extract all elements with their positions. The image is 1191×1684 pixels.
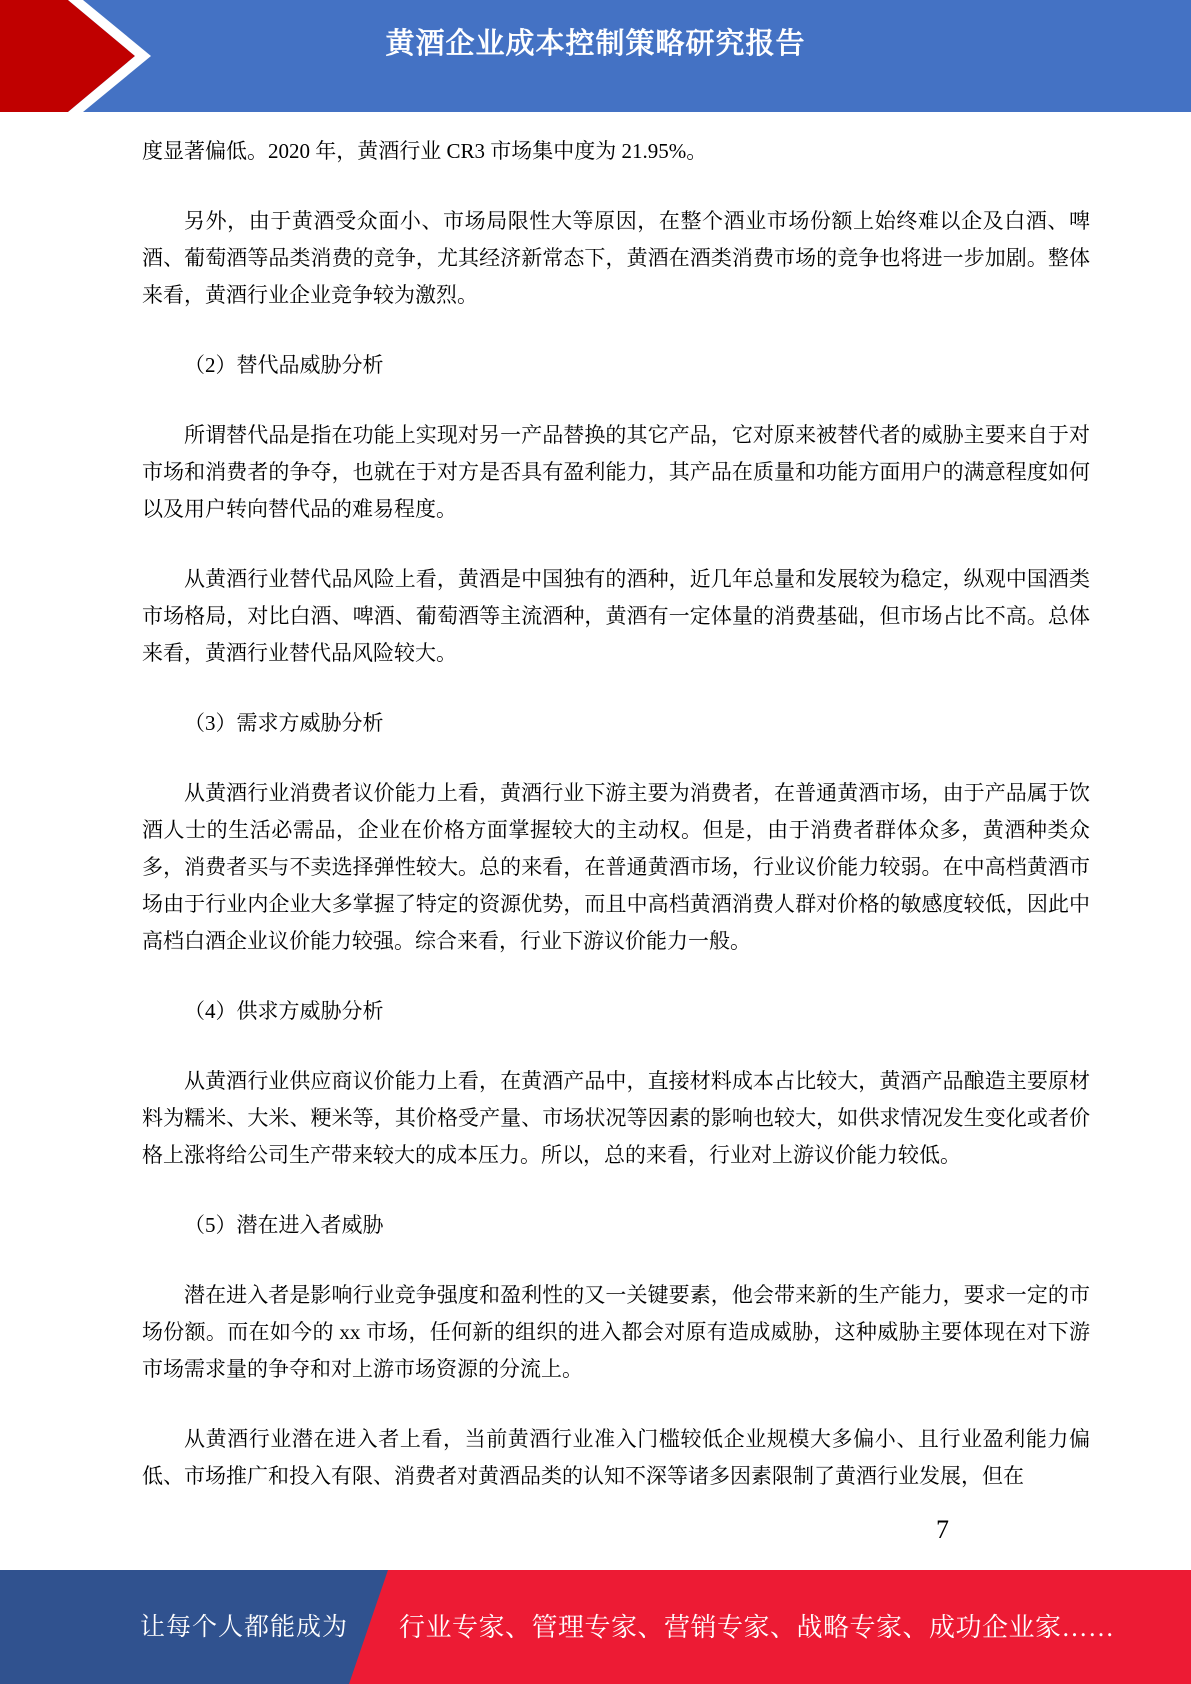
section-heading: （5）潜在进入者威胁 [142, 1207, 1090, 1244]
paragraph: 从黄酒行业潜在进入者上看，当前黄酒行业准入门槛较低企业规模大多偏小、且行业盈利能… [142, 1421, 1090, 1495]
document-page: 黄酒企业成本控制策略研究报告 度显著偏低。2020 年，黄酒行业 CR3 市场集… [0, 0, 1191, 1684]
report-title: 黄酒企业成本控制策略研究报告 [0, 27, 1191, 61]
paragraph: 从黄酒行业替代品风险上看，黄酒是中国独有的酒种，近几年总量和发展较为稳定，纵观中… [142, 561, 1090, 672]
paragraph-continuation: 度显著偏低。2020 年，黄酒行业 CR3 市场集中度为 21.95%。 [142, 133, 1090, 170]
section-heading: （3）需求方威胁分析 [142, 705, 1090, 742]
page-header-banner: 黄酒企业成本控制策略研究报告 [0, 0, 1191, 112]
paragraph: 从黄酒行业供应商议价能力上看，在黄酒产品中，直接材料成本占比较大，黄酒产品酿造主… [142, 1063, 1090, 1174]
document-body: 度显著偏低。2020 年，黄酒行业 CR3 市场集中度为 21.95%。 另外，… [142, 133, 1090, 1528]
page-footer-banner: 让每个人都能成为 行业专家、管理专家、营销专家、战略专家、成功企业家…… [0, 1570, 1191, 1684]
section-heading: （4）供求方威胁分析 [142, 993, 1090, 1030]
section-heading: （2）替代品威胁分析 [142, 347, 1090, 384]
paragraph: 从黄酒行业消费者议价能力上看，黄酒行业下游主要为消费者，在普通黄酒市场，由于产品… [142, 775, 1090, 960]
paragraph: 所谓替代品是指在功能上实现对另一产品替换的其它产品，它对原来被替代者的威胁主要来… [142, 417, 1090, 528]
footer-slogan-right: 行业专家、管理专家、营销专家、战略专家、成功企业家…… [399, 1612, 1115, 1644]
paragraph: 另外，由于黄酒受众面小、市场局限性大等原因，在整个酒业市场份额上始终难以企及白酒… [142, 203, 1090, 314]
footer-slogan-left: 让每个人都能成为 [140, 1613, 348, 1643]
page-number: 7 [936, 1514, 949, 1546]
paragraph: 潜在进入者是影响行业竞争强度和盈利性的又一关键要素，他会带来新的生产能力，要求一… [142, 1277, 1090, 1388]
